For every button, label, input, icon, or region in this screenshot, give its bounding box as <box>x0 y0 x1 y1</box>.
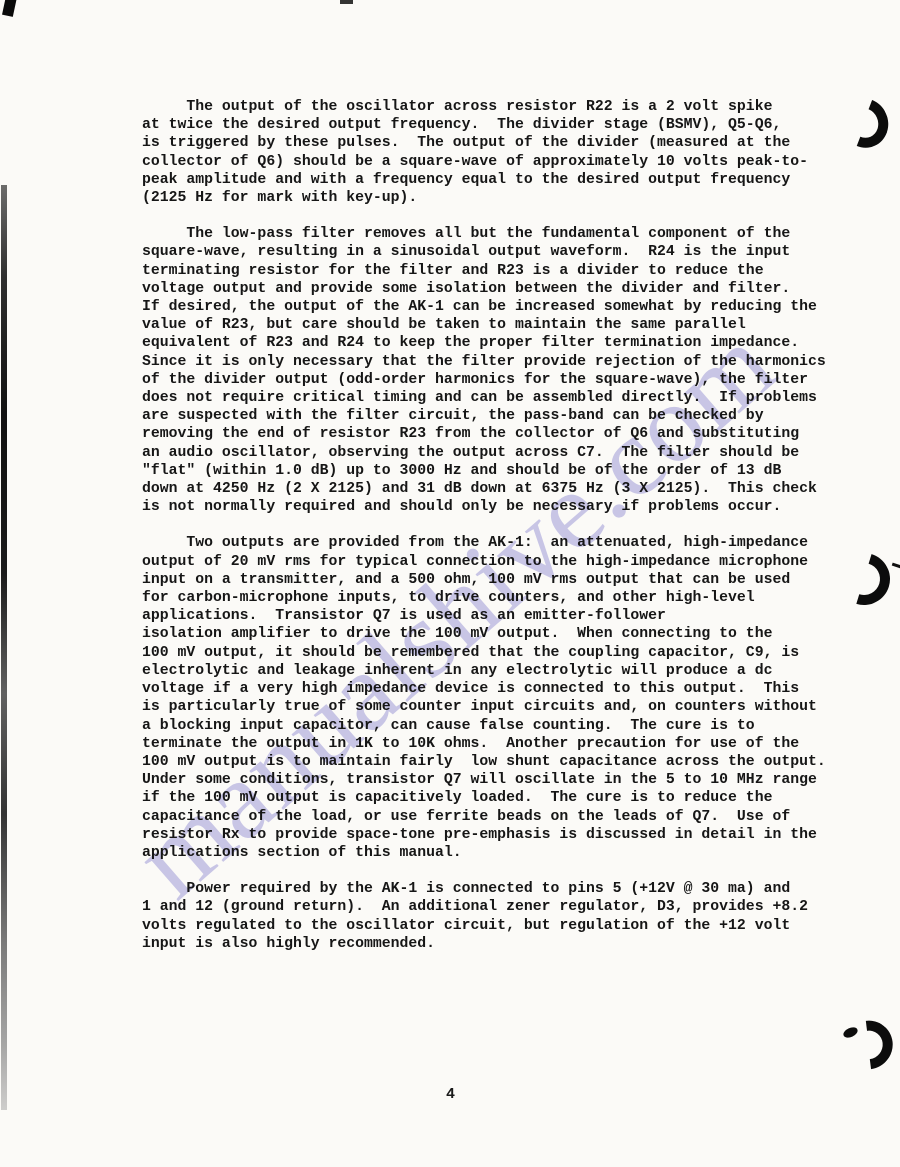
paragraph-oscillator-output: The output of the oscillator across resi… <box>142 98 854 207</box>
paragraph-power-requirements: Power required by the AK-1 is connected … <box>142 880 854 953</box>
scan-corner-mark-artifact <box>2 0 17 17</box>
page-number: 4 <box>446 1086 455 1103</box>
document-text-block: The output of the oscillator across resi… <box>142 98 854 971</box>
scanned-document-page: manualshive.com The output of the oscill… <box>0 0 900 1167</box>
scan-edge-streak-artifact <box>1 185 7 1110</box>
binder-crescent-mark-bottom <box>835 1011 900 1079</box>
binder-crescent-tick-artifact <box>892 563 900 569</box>
paragraph-two-outputs: Two outputs are provided from the AK-1: … <box>142 534 854 862</box>
scan-top-edge-dash-artifact <box>340 0 353 4</box>
paragraph-low-pass-filter: The low-pass filter removes all but the … <box>142 225 854 516</box>
